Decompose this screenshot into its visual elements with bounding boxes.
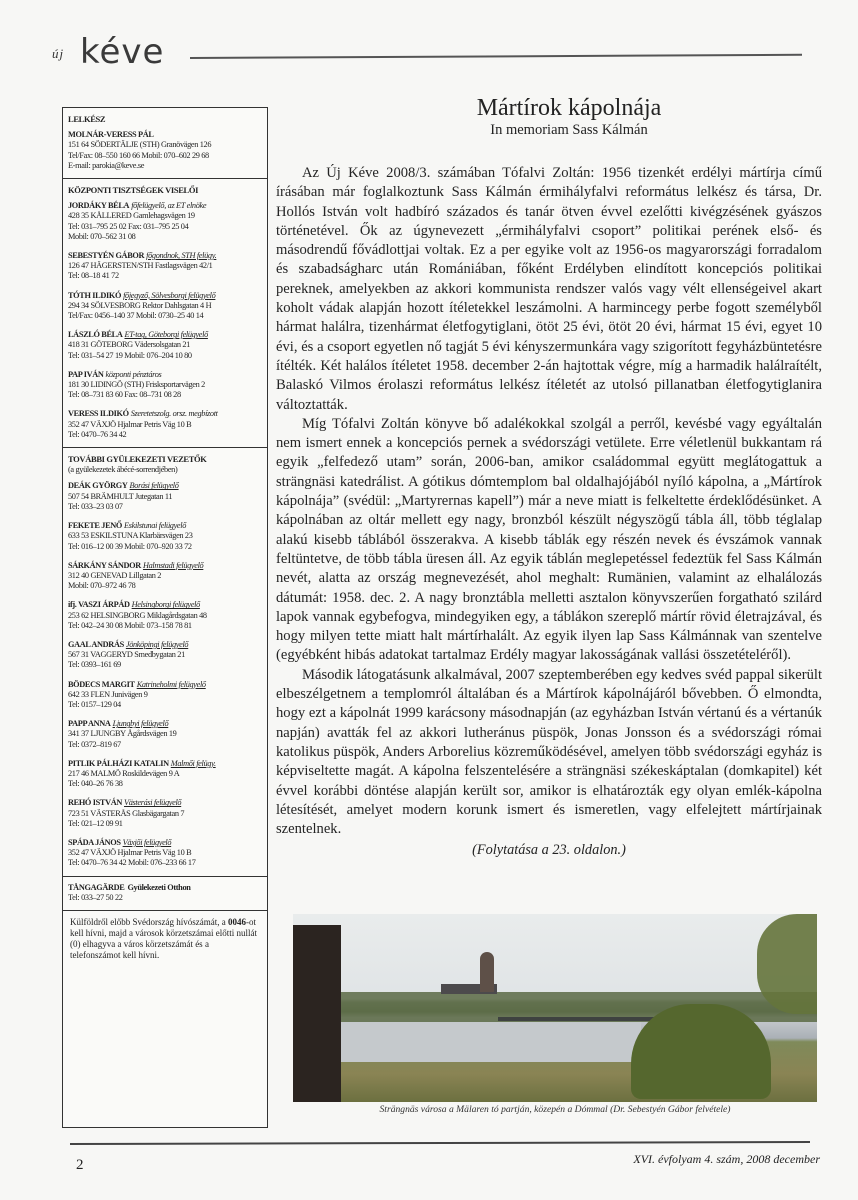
- contact-phone: Tel: 0470–76 34 42: [68, 430, 262, 440]
- contact-entry: TÓTH ILDIKÓfőjegyző, Sölvesborgi felügye…: [68, 291, 262, 322]
- contact-name: PAPP ANNA: [68, 719, 111, 728]
- contact-entry: BÖDECS MARGITKatrineholmi felügyelő642 3…: [68, 680, 262, 711]
- article-paragraph: Második látogatásunk alkalmával, 2007 sz…: [276, 666, 822, 840]
- contact-name: TÓTH ILDIKÓ: [68, 291, 121, 300]
- article: Mártírok kápolnája In memoriam Sass Kálm…: [276, 94, 822, 860]
- contact-role: Malmői felügy.: [171, 759, 216, 768]
- contact-name: GAAL ANDRÁS: [68, 640, 124, 649]
- contact-phone: Tel: 0372–819 67: [68, 740, 262, 750]
- contact-entry: MOLNÁR-VERESS PÁL151 64 SÖDERTÄLJE (STH)…: [68, 130, 262, 171]
- contact-role: ET-tag, Göteborgi felügyelő: [124, 330, 207, 339]
- dialing-note-section: Külföldről előbb Svédország hívószámát, …: [63, 911, 267, 966]
- article-subtitle: In memoriam Sass Kálmán: [316, 122, 822, 139]
- article-body: Az Új Kéve 2008/3. számában Tófalvi Zolt…: [276, 164, 822, 839]
- contact-entry: LÁSZLÓ BÉLAET-tag, Göteborgi felügyelő41…: [68, 330, 262, 361]
- contact-role: főfelügyelő, az ET elnöke: [131, 201, 206, 210]
- contact-name: ifj. VASZI ÁRPÁD: [68, 600, 130, 609]
- contact-phone: Tel: 033–27 50 22: [68, 893, 262, 903]
- contact-email: E-mail: parokia@keve.se: [68, 161, 262, 171]
- contact-address: 642 33 FLEN Junivägen 9: [68, 690, 262, 700]
- section-heading: KÖZPONTI TISZTSÉGEK VISELŐI: [68, 185, 262, 195]
- contact-entry: SPÁDA JÁNOSVäxjői felügyelő352 47 VÄXJÖ …: [68, 838, 262, 869]
- contact-name: SÁRKÁNY SÁNDOR: [68, 561, 141, 570]
- contact-entry: SEBESTYÉN GÁBORfőgondnok, STH felügy.126…: [68, 251, 262, 282]
- sidebar-section: TOVÁBBI GYÜLEKEZETI VEZETŐK(a gyülekezet…: [63, 448, 267, 877]
- contact-entry: PITLIK PÁLHÁZI KATALINMalmői felügy.217 …: [68, 759, 262, 790]
- contact-phone: Tel: 031–54 27 19 Mobil: 076–204 10 80: [68, 351, 262, 361]
- sidebar-section: KÖZPONTI TISZTSÉGEK VISELŐIJORDÁKY BÉLAf…: [63, 179, 267, 448]
- contact-address: 507 54 BRÄMHULT Jutegatan 11: [68, 492, 262, 502]
- contact-role: Helsingborgi felügyelő: [132, 600, 200, 609]
- contact-entry: TÅNGAGÄRDEGyülekezeti OtthonTel: 033–27 …: [68, 883, 262, 903]
- contact-address: 418 31 GÖTEBORG Vädersolsgatan 21: [68, 340, 262, 350]
- contact-phone: Tel: 021–12 09 91: [68, 819, 262, 829]
- contact-phone: Tel: 08–18 41 72: [68, 271, 262, 281]
- contact-phone: Tel: 031–795 25 02 Fax: 031–795 25 04: [68, 222, 262, 232]
- contact-role: Katrineholmi felügyelő: [137, 680, 206, 689]
- contact-name: JORDÁKY BÉLA: [68, 201, 129, 210]
- contact-address: 633 53 ESKILSTUNA Klarbärsvägen 23: [68, 531, 262, 541]
- contact-address: 126 47 HÄGERSTEN/STH Fastlagsvägen 42/1: [68, 261, 262, 271]
- contact-phone: Tel: 040–26 76 38: [68, 779, 262, 789]
- contact-name: PAP IVÁN: [68, 370, 104, 379]
- contact-entry: PAP IVÁNközponti pénztáros181 30 LIDINGÖ…: [68, 370, 262, 401]
- contact-phone: Tel: 0157–129 04: [68, 700, 262, 710]
- contact-entry: ifj. VASZI ÁRPÁDHelsingborgi felügyelő25…: [68, 600, 262, 631]
- contact-role: főgondnok, STH felügy.: [146, 251, 216, 260]
- contact-name: SEBESTYÉN GÁBOR: [68, 251, 144, 260]
- contact-sidebar: LELKÉSZMOLNÁR-VERESS PÁL151 64 SÖDERTÄLJ…: [62, 107, 268, 1128]
- contact-name: BÖDECS MARGIT: [68, 680, 135, 689]
- contact-address: 723 51 VÄSTERÅS Glasbägargatan 7: [68, 809, 262, 819]
- contact-role: Västerási felügyelő: [124, 798, 181, 807]
- contact-entry: SÁRKÁNY SÁNDORHalmstadi felügyelő312 40 …: [68, 561, 262, 592]
- contact-role: Ljungbyi felügyelő: [113, 719, 169, 728]
- masthead-rule: [190, 54, 802, 59]
- contact-address: 253 62 HELSINGBORG Miklagårdsgatan 48: [68, 611, 262, 621]
- photo-caption: Strängnäs városa a Mälaren tó partján, k…: [293, 1104, 817, 1115]
- contact-name: TÅNGAGÄRDE: [68, 883, 124, 892]
- article-title: Mártírok kápolnája: [316, 94, 822, 122]
- section-heading: LELKÉSZ: [68, 114, 262, 124]
- contact-role: Jönköpingi felügyelő: [126, 640, 188, 649]
- contact-address: 181 30 LIDINGÖ (STH) Frisksportarvägen 2: [68, 380, 262, 390]
- article-paragraph: Míg Tófalvi Zoltán könyve bő adalékokkal…: [276, 415, 822, 666]
- contact-phone: Tel/Fax: 08–550 160 66 Mobil: 070–602 29…: [68, 151, 262, 161]
- contact-name: FEKETE JENŐ: [68, 521, 122, 530]
- contact-role: Gyülekezeti Otthon: [127, 883, 190, 892]
- contact-phone: Tel: 016–12 00 39 Mobil: 070–920 33 72: [68, 542, 262, 552]
- contact-entry: PAPP ANNALjungbyi felügyelő341 37 LJUNGB…: [68, 719, 262, 750]
- masthead-title: kéve: [80, 32, 164, 72]
- contact-address: 217 46 MALMÖ Roskildevägen 9 A: [68, 769, 262, 779]
- contact-address: 352 47 VÄXJÖ Hjalmar Petris Väg 10 B: [68, 420, 262, 430]
- contact-role: Halmstadi felügyelő: [143, 561, 203, 570]
- article-paragraph: Az Új Kéve 2008/3. számában Tófalvi Zolt…: [276, 164, 822, 415]
- contact-name: PITLIK PÁLHÁZI KATALIN: [68, 759, 169, 768]
- contact-phone: Tel: 0393–161 69: [68, 660, 262, 670]
- continuation-note: (Folytatása a 23. oldalon.): [276, 840, 822, 860]
- contact-role: Borási felügyelő: [130, 481, 179, 490]
- section-heading: TOVÁBBI GYÜLEKEZETI VEZETŐK: [68, 454, 262, 464]
- issue-info: XVI. évfolyam 4. szám, 2008 december: [633, 1152, 820, 1167]
- strangnas-photo: [293, 914, 817, 1102]
- contact-name: LÁSZLÓ BÉLA: [68, 330, 122, 339]
- contact-address: 151 64 SÖDERTÄLJE (STH) Granövägen 126: [68, 140, 262, 150]
- contact-entry: JORDÁKY BÉLAfőfelügyelő, az ET elnöke428…: [68, 201, 262, 242]
- cathedral-tower-shape: [480, 952, 494, 992]
- contact-phone: Tel: 033–23 03 07: [68, 502, 262, 512]
- contact-entry: GAAL ANDRÁSJönköpingi felügyelő567 31 VA…: [68, 640, 262, 671]
- contact-name: REHÓ ISTVÁN: [68, 798, 122, 807]
- contact-phone: Tel/Fax: 0456–140 37 Mobil: 0730–25 40 1…: [68, 311, 262, 321]
- contact-address: 567 31 VAGGERYD Smedbygatan 21: [68, 650, 262, 660]
- international-dialing-note: Külföldről előbb Svédország hívószámát, …: [68, 917, 262, 961]
- footer-rule: [70, 1141, 810, 1145]
- contact-phone: Mobil: 070–562 31 08: [68, 232, 262, 242]
- contact-role: Eskilstunai felügyelő: [124, 521, 186, 530]
- contact-address: 352 47 VÄXJÖ Hjalmar Petris Väg 10 B: [68, 848, 262, 858]
- contact-entry: FEKETE JENŐEskilstunai felügyelő633 53 E…: [68, 521, 262, 552]
- contact-name: VERESS ILDIKÓ: [68, 409, 129, 418]
- contact-address: 428 35 KÅLLERED Gamlehagsvägen 19: [68, 211, 262, 221]
- sidebar-section: LELKÉSZMOLNÁR-VERESS PÁL151 64 SÖDERTÄLJ…: [63, 108, 267, 179]
- contact-name: MOLNÁR-VERESS PÁL: [68, 130, 154, 139]
- section-subheading: (a gyülekezetek ábécé-sorrendjében): [68, 465, 262, 475]
- contact-phone: Tel: 042–24 30 08 Mobil: 073–158 78 81: [68, 621, 262, 631]
- contact-entry: VERESS ILDIKÓSzeretetszolg. orsz. megbíz…: [68, 409, 262, 440]
- contact-phone: Mobil: 070–972 46 78: [68, 581, 262, 591]
- sidebar-section: TÅNGAGÄRDEGyülekezeti OtthonTel: 033–27 …: [63, 877, 267, 911]
- contact-name: DEÁK GYÖRGY: [68, 481, 128, 490]
- contact-role: főjegyző, Sölvesborgi felügyelő: [123, 291, 215, 300]
- contact-entry: DEÁK GYÖRGYBorási felügyelő507 54 BRÄMHU…: [68, 481, 262, 512]
- contact-phone: Tel: 08–731 83 60 Fax: 08–731 08 28: [68, 390, 262, 400]
- page-number: 2: [76, 1157, 84, 1174]
- contact-role: Växjői felügyelő: [123, 838, 172, 847]
- masthead: új kéve: [52, 36, 802, 76]
- contact-address: 341 37 LJUNGBY Ågårdsvägen 19: [68, 729, 262, 739]
- contact-entry: REHÓ ISTVÁNVästerási felügyelő723 51 VÄS…: [68, 798, 262, 829]
- country-code: 0046: [228, 917, 246, 927]
- contact-phone: Tel: 0470–76 34 42 Mobil: 076–233 66 17: [68, 858, 262, 868]
- contact-name: SPÁDA JÁNOS: [68, 838, 121, 847]
- masthead-prefix: új: [52, 46, 64, 62]
- contact-address: 294 34 SÖLVESBORG Rektor Dahlsgatan 4 H: [68, 301, 262, 311]
- contact-role: Szeretetszolg. orsz. megbízott: [131, 409, 218, 418]
- contact-address: 312 40 GENEVAD Lillgatan 2: [68, 571, 262, 581]
- contact-role: központi pénztáros: [106, 370, 162, 379]
